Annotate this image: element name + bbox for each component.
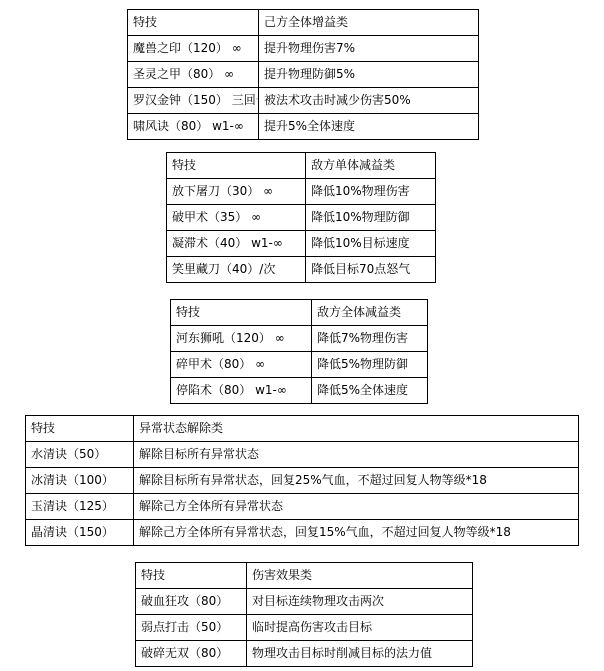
table-row: 冰清诀（100）解除目标所有异常状态，回复25%气血，不超过回复人物等级*18 [26, 468, 579, 494]
table-cell: 对目标连续物理攻击两次 [247, 589, 473, 615]
table-row: 停陷术（80） w1-∞降低5%全体速度 [171, 378, 428, 404]
table-cell: 降低目标70点怒气 [306, 257, 436, 283]
table-row: 魔兽之印（120） ∞提升物理伤害7% [128, 36, 479, 62]
table-row: 凝滞术（40） w1-∞降低10%目标速度 [167, 231, 436, 257]
table-cell: 降低10%物理伤害 [306, 179, 436, 205]
table-cell: 圣灵之甲（80） ∞ [128, 62, 259, 88]
header-cell: 特技 [136, 563, 247, 589]
header-cell: 己方全体增益类 [259, 10, 479, 36]
skill-tables-document: 特技己方全体增益类魔兽之印（120） ∞提升物理伤害7%圣灵之甲（80） ∞提升… [0, 0, 604, 671]
table-cell: 临时提高伤害攻击目标 [247, 615, 473, 641]
table-cell: 提升5%全体速度 [259, 114, 479, 140]
enemy-group-debuff-skill-table: 特技敌方全体减益类河东狮吼（120） ∞降低7%物理伤害碎甲术（80） ∞降低5… [170, 299, 428, 404]
header-cell: 伤害效果类 [247, 563, 473, 589]
table-cell: 降低10%物理防御 [306, 205, 436, 231]
table-cell: 降低5%物理防御 [312, 352, 428, 378]
table-cell: 碎甲术（80） ∞ [171, 352, 312, 378]
table-row: 玉清诀（125）解除己方全体所有异常状态 [26, 494, 579, 520]
table-cell: 解除目标所有异常状态 [134, 442, 579, 468]
table-cell: 笑里藏刀（40）/次 [167, 257, 306, 283]
table-cell: 玉清诀（125） [26, 494, 134, 520]
table-row: 放下屠刀（30） ∞降低10%物理伤害 [167, 179, 436, 205]
damage-effect-skill-table: 特技伤害效果类破血狂攻（80）对目标连续物理攻击两次弱点打击（50）临时提高伤害… [135, 562, 473, 667]
table-cell: 提升物理防御5% [259, 62, 479, 88]
table-cell: 水清诀（50） [26, 442, 134, 468]
table-cell: 河东狮吼（120） ∞ [171, 326, 312, 352]
table-cell: 降低7%物理伤害 [312, 326, 428, 352]
table-header-row: 特技己方全体增益类 [128, 10, 479, 36]
table-cell: 破血狂攻（80） [136, 589, 247, 615]
table-header-row: 特技异常状态解除类 [26, 416, 579, 442]
header-cell: 敌方单体减益类 [306, 153, 436, 179]
table-header-row: 特技敌方单体减益类 [167, 153, 436, 179]
enemy-single-debuff-skill-table: 特技敌方单体减益类放下屠刀（30） ∞降低10%物理伤害破甲术（35） ∞降低1… [166, 152, 436, 283]
table-header-row: 特技伤害效果类 [136, 563, 473, 589]
table-cell: 晶清诀（150） [26, 520, 134, 546]
table-row: 破甲术（35） ∞降低10%物理防御 [167, 205, 436, 231]
header-cell: 异常状态解除类 [134, 416, 579, 442]
table-cell: 放下屠刀（30） ∞ [167, 179, 306, 205]
table-row: 啸风诀（80） w1-∞提升5%全体速度 [128, 114, 479, 140]
table-row: 水清诀（50）解除目标所有异常状态 [26, 442, 579, 468]
header-cell: 敌方全体减益类 [312, 300, 428, 326]
table-cell: 罗汉金钟（150） 三回合 [128, 88, 259, 114]
table-cell: 魔兽之印（120） ∞ [128, 36, 259, 62]
header-cell: 特技 [128, 10, 259, 36]
table-cell: 破碎无双（80） [136, 641, 247, 667]
table-cell: 凝滞术（40） w1-∞ [167, 231, 306, 257]
table-cell: 降低5%全体速度 [312, 378, 428, 404]
status-cleanse-skill-table: 特技异常状态解除类水清诀（50）解除目标所有异常状态冰清诀（100）解除目标所有… [25, 415, 579, 546]
table-cell: 解除目标所有异常状态，回复25%气血，不超过回复人物等级*18 [134, 468, 579, 494]
table-cell: 冰清诀（100） [26, 468, 134, 494]
table-cell: 啸风诀（80） w1-∞ [128, 114, 259, 140]
table-row: 圣灵之甲（80） ∞提升物理防御5% [128, 62, 479, 88]
table-cell: 提升物理伤害7% [259, 36, 479, 62]
table-row: 碎甲术（80） ∞降低5%物理防御 [171, 352, 428, 378]
header-cell: 特技 [26, 416, 134, 442]
self-buff-skill-table: 特技己方全体增益类魔兽之印（120） ∞提升物理伤害7%圣灵之甲（80） ∞提升… [127, 9, 479, 140]
table-row: 河东狮吼（120） ∞降低7%物理伤害 [171, 326, 428, 352]
table-cell: 破甲术（35） ∞ [167, 205, 306, 231]
table-row: 笑里藏刀（40）/次降低目标70点怒气 [167, 257, 436, 283]
header-cell: 特技 [171, 300, 312, 326]
table-row: 晶清诀（150）解除己方全体所有异常状态，回复15%气血，不超过回复人物等级*1… [26, 520, 579, 546]
table-row: 破碎无双（80）物理攻击目标时削减目标的法力值 [136, 641, 473, 667]
table-row: 罗汉金钟（150） 三回合被法术攻击时减少伤害50% [128, 88, 479, 114]
table-cell: 物理攻击目标时削减目标的法力值 [247, 641, 473, 667]
table-cell: 被法术攻击时减少伤害50% [259, 88, 479, 114]
table-header-row: 特技敌方全体减益类 [171, 300, 428, 326]
table-cell: 降低10%目标速度 [306, 231, 436, 257]
table-row: 破血狂攻（80）对目标连续物理攻击两次 [136, 589, 473, 615]
table-cell: 解除己方全体所有异常状态，回复15%气血，不超过回复人物等级*18 [134, 520, 579, 546]
table-cell: 解除己方全体所有异常状态 [134, 494, 579, 520]
header-cell: 特技 [167, 153, 306, 179]
table-cell: 弱点打击（50） [136, 615, 247, 641]
table-row: 弱点打击（50）临时提高伤害攻击目标 [136, 615, 473, 641]
table-cell: 停陷术（80） w1-∞ [171, 378, 312, 404]
